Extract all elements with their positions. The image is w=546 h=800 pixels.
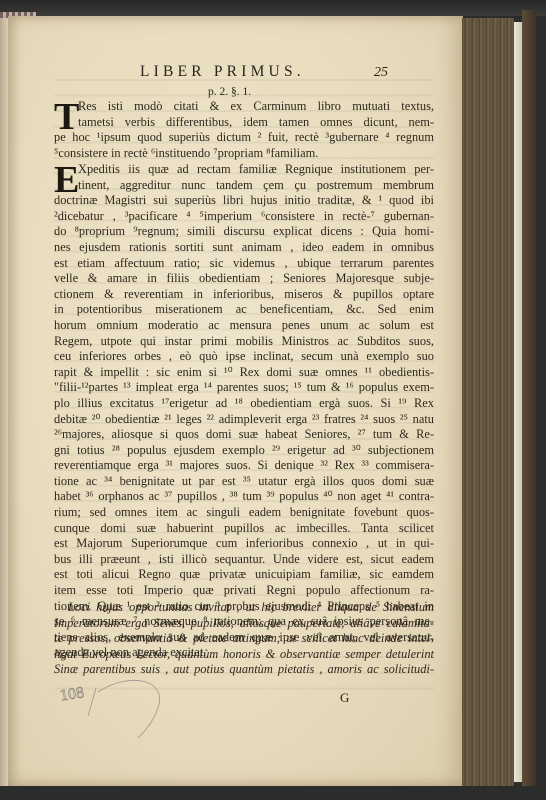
- text-line: in potentioribus miserationem ac benefic…: [54, 302, 434, 318]
- page-number: 25: [374, 65, 388, 81]
- text-line: horum omnium moderatio ac mensura penes …: [54, 318, 434, 334]
- pencil-annotation-icon: 108: [58, 678, 168, 748]
- text-line: gni totius ²⁸ populus ejusdem exemplo ²⁹…: [54, 443, 434, 459]
- text-line: tinent, aggreditur nunc tandem çem çu po…: [54, 178, 434, 194]
- paragraph-3-italic: Loci hujus opportunitas invitat , ut hic…: [54, 600, 434, 678]
- text-line: pe hoc ¹ipsum quod superiùs dictum ² fui…: [54, 130, 434, 146]
- drop-cap: E: [54, 162, 79, 198]
- text-line: reverentiamque erga ³¹ majores suos. Si …: [54, 458, 434, 474]
- text-line: rium; sed omnes item ac singuli eadem be…: [54, 505, 434, 521]
- section-reference: p. 2. §. 1.: [208, 86, 251, 98]
- svg-text:108: 108: [59, 684, 85, 704]
- text-line: Res isti modò citati & ex Carminum libro…: [54, 99, 434, 115]
- paragraph-1: T Res isti modò citati & ex Carminum lib…: [54, 99, 434, 161]
- text-line: tametsi verbis differentibus, idem tamen…: [54, 115, 434, 131]
- top-shadow: [0, 0, 546, 16]
- paragraph-2: E Xpeditis iis quæ ad rectam familiæ Reg…: [54, 162, 434, 661]
- text-line: te pressos, observantiâ & pietate atting…: [54, 631, 434, 647]
- text-line: Sinæ parentibus suis , aut potius quantù…: [54, 662, 434, 678]
- bottom-shadow: [0, 786, 546, 800]
- text-line: est Majorum Superiorumque cum inferiorib…: [54, 536, 434, 552]
- text-line: est toti alicui Regno quæ privatæ unicui…: [54, 567, 434, 583]
- text-line: rapit & impellit : sic enim si ¹⁰ Rex do…: [54, 365, 434, 381]
- text-line: doctrinæ Magistri sui superiùs libri huj…: [54, 193, 434, 209]
- book-scan: LIBER PRIMUS. 25 p. 2. §. 1. T Res isti …: [0, 0, 546, 800]
- text-line: Regem, utpote qui instar primi mobilis M…: [54, 334, 434, 350]
- text-line: item esse toti Imperio quæ privati Regni…: [54, 583, 434, 599]
- text-line: Loci hujus opportunitas invitat , ut hic…: [54, 600, 434, 616]
- text-line: ⁵consistere in rectè ⁶instituendo ⁷propr…: [54, 146, 434, 162]
- text-line: tione ac ³⁴ benignitate ut par est ³⁵ ut…: [54, 474, 434, 490]
- text-line: ²dicebatur , ³pacificare ⁴ ⁵imperium ⁶co…: [54, 209, 434, 225]
- endpaper-edge: [514, 22, 522, 782]
- running-title: LIBER PRIMUS.: [140, 63, 305, 81]
- signature-mark: G: [340, 690, 349, 706]
- text-line: do ⁸proprium ⁹regnum; simili discursu ex…: [54, 224, 434, 240]
- text-line: plo illius excitatus ¹⁷erigetur ad ¹⁸ ob…: [54, 396, 434, 412]
- text-line: cunque domi suæ habuerint pupillos ac im…: [54, 521, 434, 537]
- text-line: nes ejusdem rationis sortiti sunt animam…: [54, 240, 434, 256]
- text-line: ctionem & reverentiam in inferioribus, m…: [54, 287, 434, 303]
- text-line: velle & amare in filiis obedientiam ; Se…: [54, 271, 434, 287]
- cover-board: [522, 10, 536, 792]
- text-line: "filii-¹²partes ¹³ impleat erga ¹⁴ paren…: [54, 380, 434, 396]
- text-line: ²⁶majores, aliosque si quos domi suæ hab…: [54, 427, 434, 443]
- text-line: Xpeditis iis quæ ad rectam familiæ Regni…: [54, 162, 434, 178]
- page-header: LIBER PRIMUS. 25: [0, 63, 546, 85]
- text-line: ceu inferiores orbes , eò quò ipse incli…: [54, 349, 434, 365]
- text-line: habet ³⁶ orphanos ac ³⁷ pupillos , ³⁸ tu…: [54, 489, 434, 505]
- text-line: est etiam affectuum ratio; sic videmus ,…: [54, 256, 434, 272]
- text-line: ligat Europæus Lector, quantùm honoris &…: [54, 647, 434, 663]
- text-line: debitæ ²⁰ obedientiæ ²¹ leges ²² adimple…: [54, 412, 434, 428]
- text-line: Imperatorum erga Senes, pupillos, aliosq…: [54, 616, 434, 632]
- text-line: bus illi præeunt , isti illicò sequantur…: [54, 552, 434, 568]
- drop-cap: T: [54, 99, 79, 135]
- page-fore-edge: [462, 18, 514, 793]
